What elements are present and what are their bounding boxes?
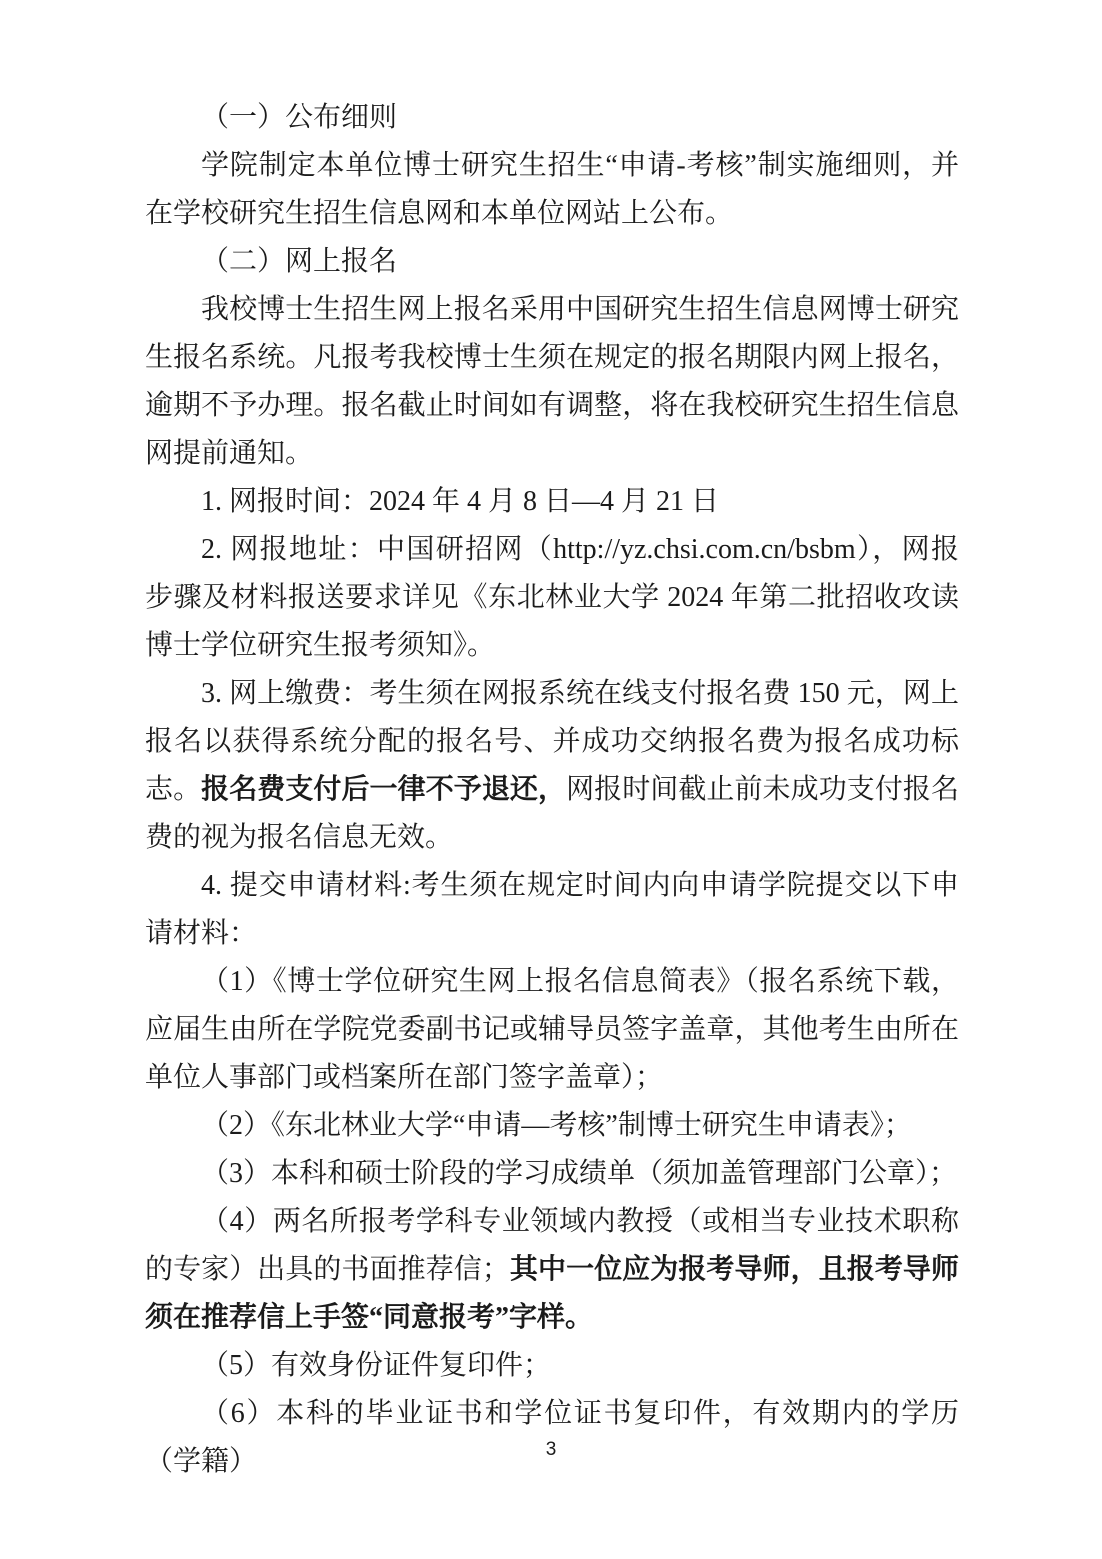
document-body: （一）公布细则学院制定本单位博士研究生招生“申请-考核”制实施细则，并在学校研究…	[145, 94, 959, 1486]
page-number: 3	[0, 1438, 1102, 1462]
section-heading-publish-rules: （一）公布细则	[145, 94, 959, 142]
body-text: （5）有效身份证件复印件；	[201, 1350, 551, 1381]
item-3-online-payment: 3. 网上缴费：考生须在网报系统在线支付报名费 150 元，网上报名以获得系统分…	[145, 670, 959, 862]
item-2-registration-address: 2. 网报地址：中国研招网（http://yz.chsi.com.cn/bsbm…	[145, 526, 959, 670]
body-text: 1. 网报时间：2024 年 4 月 8 日—4 月 21 日	[201, 486, 719, 517]
body-text: 我校博士生招生网上报名采用中国研究生招生信息网博士研究生报名系统。凡报考我校博士…	[145, 294, 959, 469]
body-text: （3）本科和硕士阶段的学习成绩单（须加盖管理部门公章）；	[201, 1158, 957, 1189]
para-publish-rules: 学院制定本单位博士研究生招生“申请-考核”制实施细则，并在学校研究生招生信息网和…	[145, 142, 959, 238]
section-heading-online-registration: （二）网上报名	[145, 238, 959, 286]
body-text: 4. 提交申请材料:考生须在规定时间内向申请学院提交以下申请材料：	[145, 870, 959, 949]
body-text: （二）网上报名	[201, 246, 397, 277]
body-text: （1）《博士学位研究生网上报名信息简表》（报名系统下载，应届生由所在学院党委副书…	[145, 966, 959, 1093]
material-4-recommendation-letters: （4）两名所报考学科专业领域内教授（或相当专业技术职称的专家）出具的书面推荐信；…	[145, 1198, 959, 1342]
material-3-transcripts: （3）本科和硕士阶段的学习成绩单（须加盖管理部门公章）；	[145, 1150, 959, 1198]
item-4-submit-materials: 4. 提交申请材料:考生须在规定时间内向申请学院提交以下申请材料：	[145, 862, 959, 958]
body-text: （一）公布细则	[201, 102, 397, 133]
document-page: （一）公布细则学院制定本单位博士研究生招生“申请-考核”制实施细则，并在学校研究…	[0, 0, 1102, 1559]
body-text: 学院制定本单位博士研究生招生“申请-考核”制实施细则，并在学校研究生招生信息网和…	[145, 150, 959, 229]
material-1-registration-form: （1）《博士学位研究生网上报名信息简表》（报名系统下载，应届生由所在学院党委副书…	[145, 958, 959, 1102]
item-1-registration-time: 1. 网报时间：2024 年 4 月 8 日—4 月 21 日	[145, 478, 959, 526]
bold-emphasis-text: 报名费支付后一律不予退还，	[201, 774, 566, 805]
material-5-id-copy: （5）有效身份证件复印件；	[145, 1342, 959, 1390]
material-2-application-form: （2）《东北林业大学“申请—考核”制博士研究生申请表》；	[145, 1102, 959, 1150]
para-online-registration-intro: 我校博士生招生网上报名采用中国研究生招生信息网博士研究生报名系统。凡报考我校博士…	[145, 286, 959, 478]
body-text: （2）《东北林业大学“申请—考核”制博士研究生申请表》；	[201, 1110, 912, 1141]
body-text: 2. 网报地址：中国研招网（http://yz.chsi.com.cn/bsbm…	[145, 534, 959, 661]
